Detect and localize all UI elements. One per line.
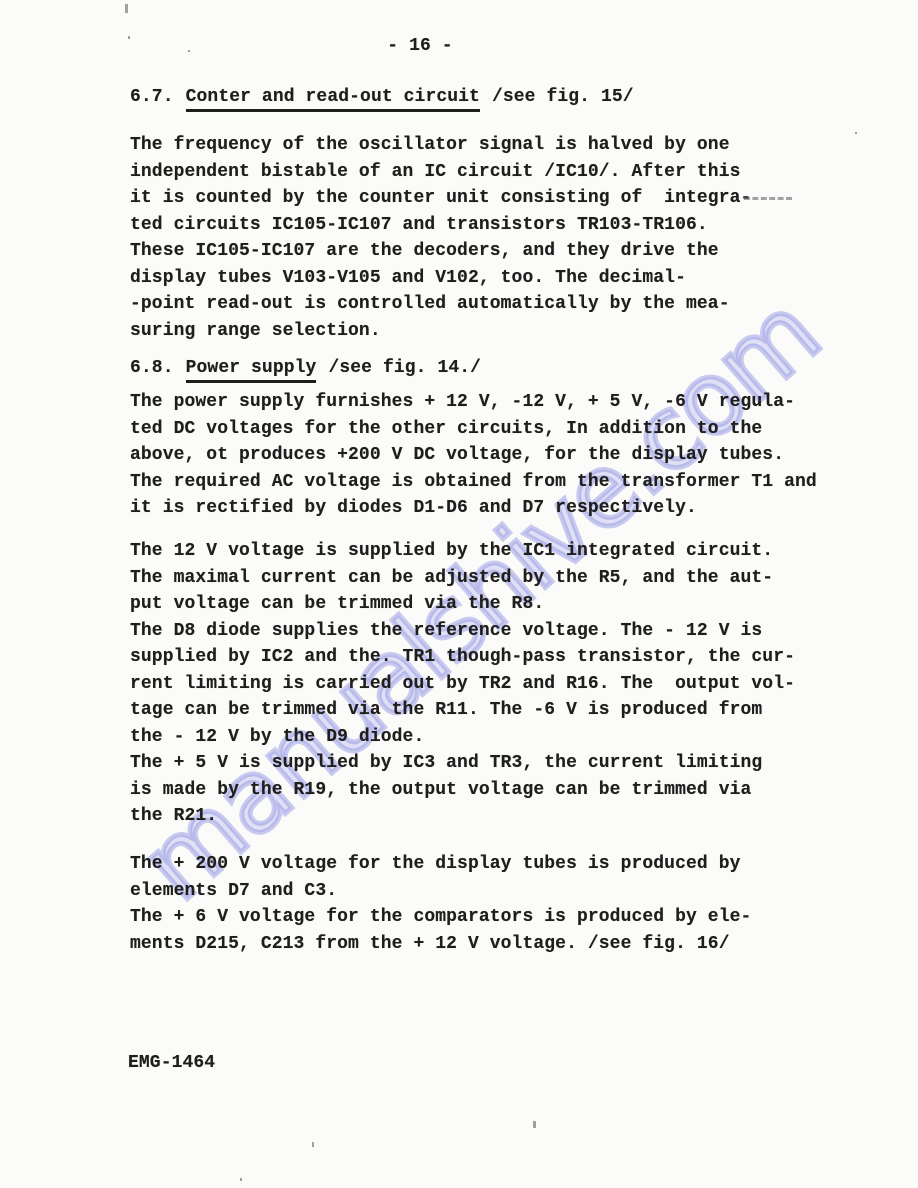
- scan-artifact-dash: [744, 197, 792, 200]
- section-number: 6.7.: [130, 87, 174, 107]
- paper-speck: [312, 1142, 314, 1147]
- paper-speck: [188, 50, 190, 52]
- section-title: Power supply: [186, 358, 317, 383]
- section-number: 6.8.: [130, 358, 174, 378]
- page-number: - 16 -: [130, 33, 710, 60]
- paper-speck: [855, 132, 857, 134]
- paragraph-voltage-regulation: The 12 V voltage is supplied by the IC1 …: [130, 538, 795, 830]
- paper-speck: [128, 36, 130, 39]
- section-title: Conter and read-out circuit: [186, 87, 480, 112]
- section-heading-6-7: 6.7.Conter and read-out circuit/see fig.…: [130, 84, 634, 111]
- paper-speck: [125, 4, 128, 13]
- section-figure-ref: /see fig. 15/: [492, 87, 634, 107]
- paragraph-high-voltage: The + 200 V voltage for the display tube…: [130, 851, 751, 957]
- document-code: EMG-1464: [128, 1050, 215, 1077]
- paragraph-power-supply-intro: The power supply furnishes + 12 V, -12 V…: [130, 389, 817, 522]
- paragraph-counter-readout: The frequency of the oscillator signal i…: [130, 132, 751, 344]
- section-figure-ref: /see fig. 14./: [328, 358, 481, 378]
- paper-speck: [240, 1178, 242, 1181]
- scanned-manual-page: manualshive.com - 16 - 6.7.Conter and re…: [0, 0, 918, 1188]
- section-heading-6-8: 6.8.Power supply/see fig. 14./: [130, 355, 481, 382]
- paper-speck: [533, 1121, 536, 1128]
